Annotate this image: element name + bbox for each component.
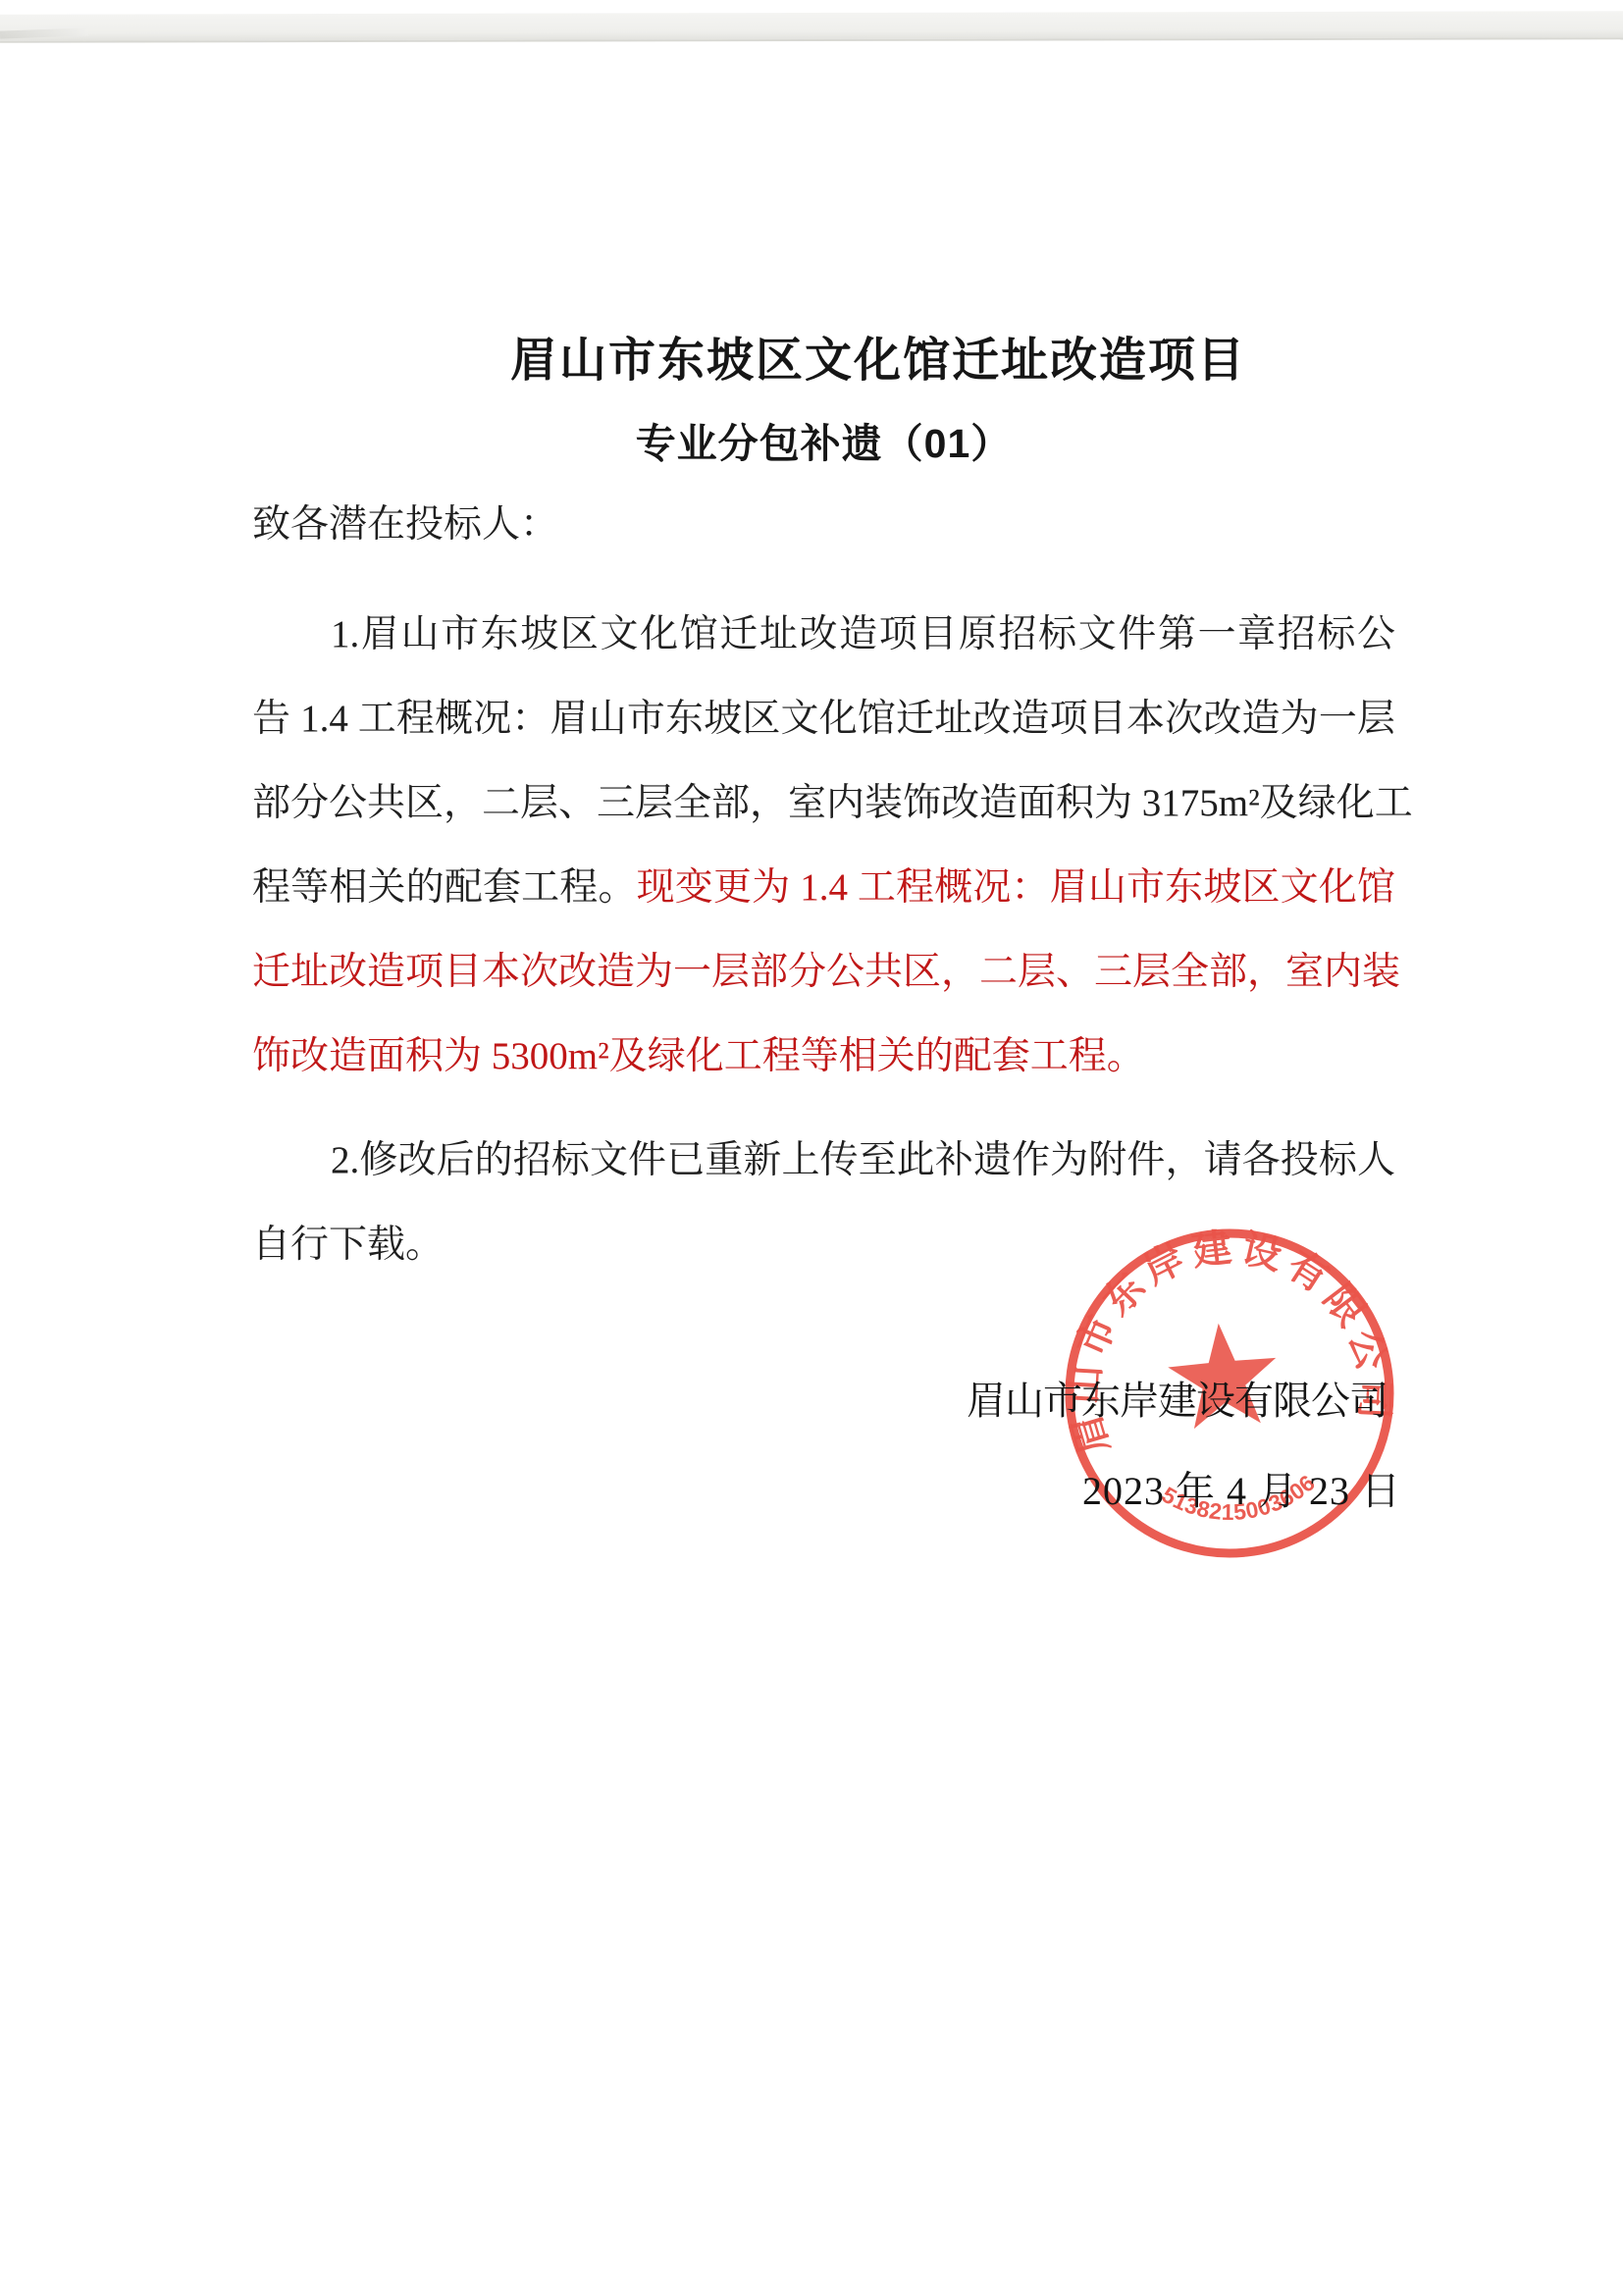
signature-company-name: 眉山市东岸建设有限公司 — [967, 1370, 1387, 1426]
document-subtitle: 专业分包补遗（01） — [252, 411, 1395, 469]
paragraph1-line4-amended-text: 现变更为 1.4 工程概况：眉山市东坡区文化馆 — [637, 866, 1395, 909]
greeting-line: 致各潜在投标人： — [252, 500, 1395, 551]
paragraph1-line5-amended-text: 迁址改造项目本次改造为一层部分公共区，二层、三层全部，室内装 — [252, 948, 1395, 999]
signature-date: 2023 年 4 月 23 日 — [1082, 1460, 1401, 1516]
scan-artifact-band — [0, 11, 1623, 42]
paragraph1-line1: 1.眉山市东坡区文化馆迁址改造项目原招标文件第一章招标公 — [252, 610, 1395, 661]
paragraph1-line4-original-text: 程等相关的配套工程。 — [252, 866, 637, 909]
scanned-document-page: 眉山市东坡区文化馆迁址改造项目 专业分包补遗（01） 致各潜在投标人： 1.眉山… — [0, 0, 1623, 2296]
paragraph1-line4: 程等相关的配套工程。现变更为 1.4 工程概况：眉山市东坡区文化馆 — [252, 863, 1395, 914]
paragraph1-line6-amended-text: 饰改造面积为 5300m²及绿化工程等相关的配套工程。 — [252, 1032, 1395, 1083]
paragraph1-line3: 部分公共区，二层、三层全部，室内装饰改造面积为 3175m²及绿化工 — [252, 779, 1395, 830]
paragraph1-line2: 告 1.4 工程概况：眉山市东坡区文化馆迁址改造项目本次改造为一层 — [252, 695, 1395, 746]
paragraph2-line1: 2.修改后的招标文件已重新上传至此补遗作为附件，请各投标人 — [252, 1136, 1395, 1187]
document-title: 眉山市东坡区文化馆迁址改造项目 — [289, 322, 1467, 390]
